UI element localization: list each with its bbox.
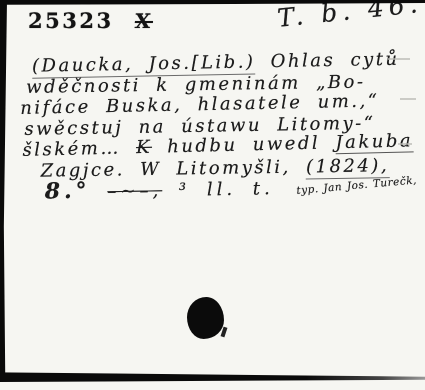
- scan-noise-mark: [400, 98, 416, 100]
- accession-number: 25323: [28, 8, 114, 33]
- scan-noise-mark: [388, 58, 410, 60]
- format-statement: 8.°: [44, 178, 90, 205]
- catalog-card-scan: 25323 X T. b. 46. (Daucka, Jos.[Lib.) Oh…: [0, 0, 425, 390]
- cancelled-letter: K: [136, 137, 152, 158]
- cancellation-x-mark: X: [134, 9, 155, 33]
- hole-punch-ink-blot: [187, 297, 224, 339]
- title-start: Ohlas cytů: [270, 49, 399, 72]
- scan-noise-mark: [398, 143, 412, 145]
- line5-text-b: hudbu uwedl: [167, 132, 336, 157]
- extent-statement: ³ ll. t.: [179, 178, 274, 201]
- scan-left-edge: [0, 0, 7, 378]
- accession-stamp: 25323 X: [28, 8, 153, 33]
- struck-scribble: –~–,: [107, 180, 162, 202]
- shelfmark: T. b. 46.: [276, 0, 424, 33]
- line5-text: šlském…: [22, 137, 136, 161]
- scan-bottom-edge: [0, 371, 425, 382]
